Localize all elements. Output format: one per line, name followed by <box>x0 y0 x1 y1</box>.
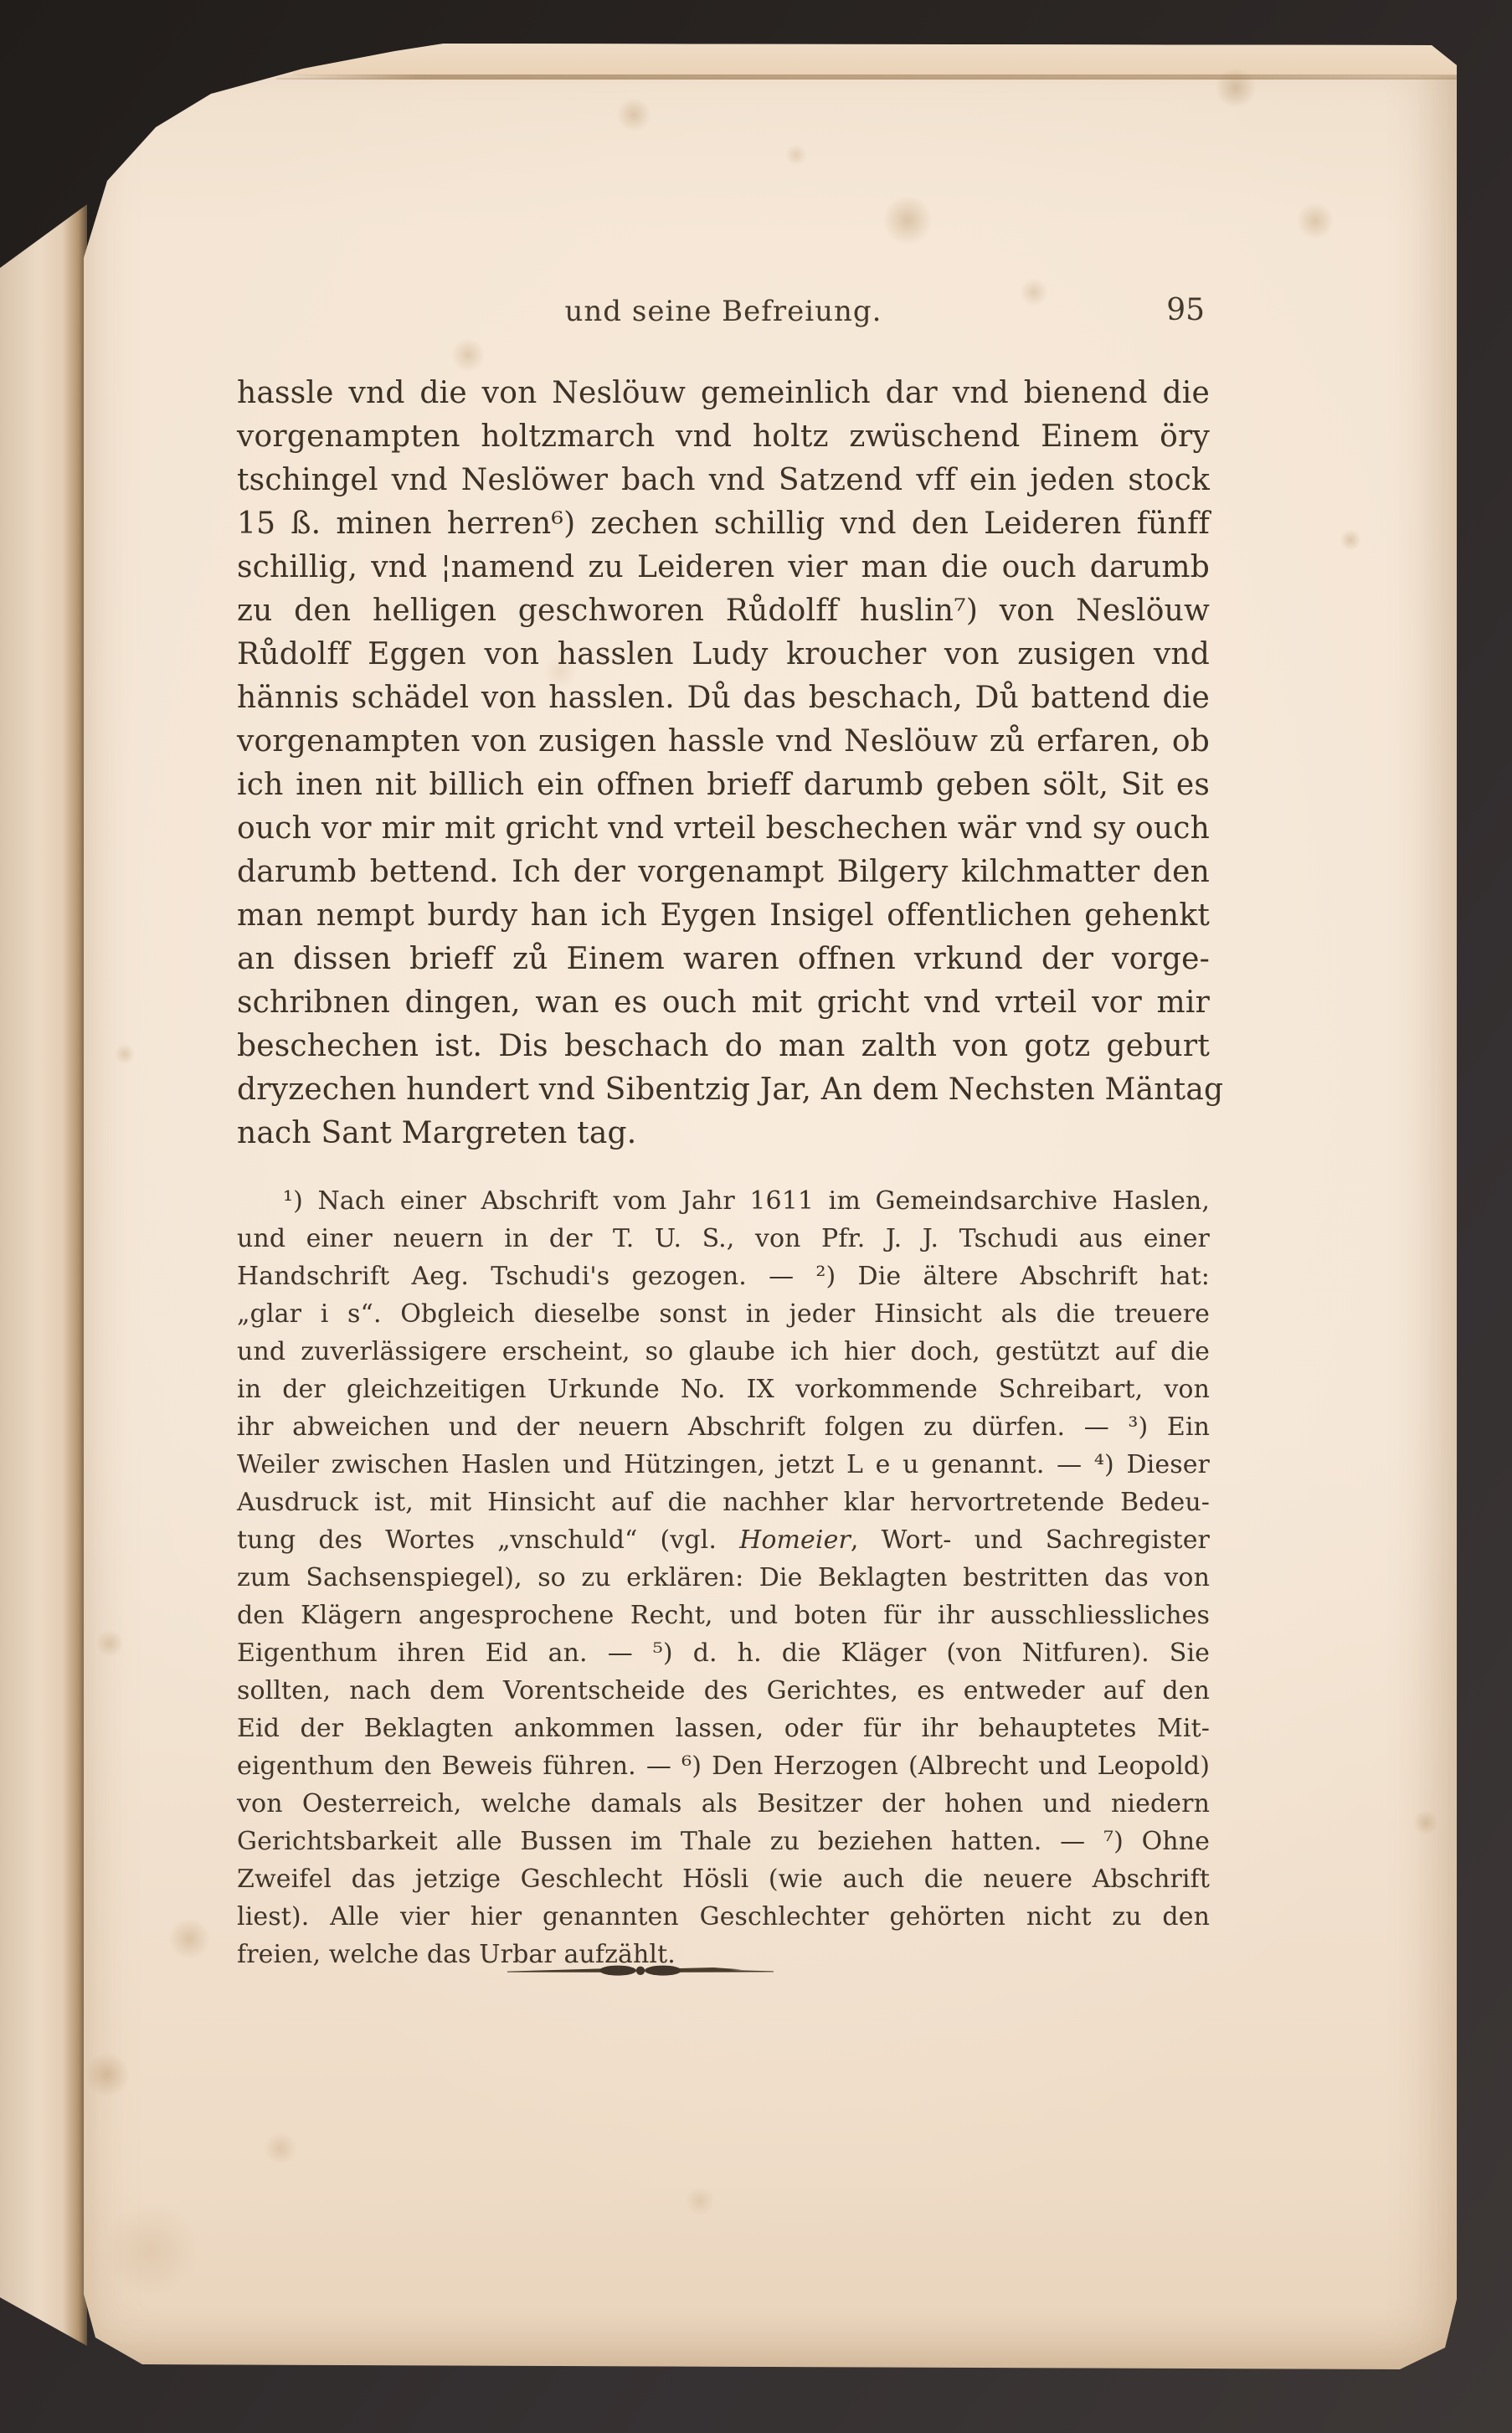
paper-stain <box>685 2187 715 2215</box>
footnote-line: in der gleichzeitigen Urkunde No. IX vor… <box>237 1371 1210 1408</box>
footnote-line: Eigenthum ihren Eid an. — ⁵) d. h. die K… <box>237 1634 1210 1672</box>
paper-stain <box>167 1919 211 1959</box>
body-line: 15 ß. minen herren⁶) zechen schillig vnd… <box>237 502 1210 546</box>
footnote-line: ¹) Nach einer Abschrift vom Jahr 1611 im… <box>237 1182 1210 1220</box>
body-line: nach Sant Margreten tag. <box>237 1112 1210 1155</box>
body-line: darumb bettend. Ich der vorgenampt Bilge… <box>237 851 1210 894</box>
underlying-leaf-edge <box>293 44 1457 75</box>
paper-stain <box>264 2132 297 2164</box>
body-line: dryzechen hundert vnd Sibentzig Jar, An … <box>237 1068 1210 1112</box>
footnote-text: , Wort- und Sachregister <box>851 1525 1210 1555</box>
footnote-line: und zuverlässigere erscheint, so glaube … <box>237 1333 1210 1371</box>
footnotes: ¹) Nach einer Abschrift vom Jahr 1611 im… <box>237 1182 1210 1973</box>
footnote-line: und einer neuern in der T. U. S., von Pf… <box>237 1220 1210 1258</box>
paper-stain <box>1413 1810 1438 1835</box>
body-line: zu den helligen geschworen Růdolff husli… <box>237 589 1210 633</box>
footnote-line: den Klägern angesprochene Recht, und bot… <box>237 1597 1210 1634</box>
footnote-line: Gerichtsbarkeit alle Bussen im Thale zu … <box>237 1823 1210 1860</box>
body-line: ouch vor mir mit gricht vnd vrteil besch… <box>237 807 1210 851</box>
body-line: tschingel vnd Neslöwer bach vnd Satzend … <box>237 459 1210 502</box>
footnote-line: Ausdruck ist, mit Hinsicht auf die nachh… <box>237 1484 1210 1521</box>
running-title: und seine Befreiung. <box>237 295 1210 328</box>
footnote-line: sollten, nach dem Vorentscheide des Geri… <box>237 1672 1210 1710</box>
paper-stain <box>785 144 807 166</box>
body-line: man nempt burdy han ich Eygen Insigel of… <box>237 894 1210 938</box>
top-page-crease <box>276 75 1457 80</box>
body-line: Růdolff Eggen von hasslen Ludy kroucher … <box>237 633 1210 676</box>
paper-stain <box>615 98 652 131</box>
footnote-cited-author: Homeier <box>739 1525 851 1555</box>
footnote-line: Zweifel das jetzige Geschlecht Hösli (wi… <box>237 1860 1210 1898</box>
paper-stain <box>84 2053 131 2096</box>
paper-stain <box>114 1044 136 1064</box>
footnote-line: Weiler zwischen Haslen und Hützingen, je… <box>237 1446 1210 1484</box>
footnote-line: Eid der Beklagten ankommen lassen, oder … <box>237 1710 1210 1747</box>
paper-stain <box>1296 203 1335 239</box>
body-line: ich inen nit billich ein offnen brieff d… <box>237 764 1210 807</box>
body-line: schillig, vnd ¦namend zu Leideren vier m… <box>237 546 1210 589</box>
photographed-book-spread: { "header": { "running_title": "und sein… <box>0 0 1512 2433</box>
paper-stain <box>1340 529 1361 551</box>
footnote-line: Handschrift Aeg. Tschudi's gezogen. — ²)… <box>237 1258 1210 1295</box>
footnote-text: tung des Wortes „vnschuld“ (vgl. <box>237 1525 739 1555</box>
footnote-line: liest). Alle vier hier genannten Geschle… <box>237 1898 1210 1936</box>
paper-stain <box>95 1630 124 1657</box>
footnote-line: ihr abweichen und der neuern Abschrift f… <box>237 1408 1210 1446</box>
body-line: hassle vnd die von Neslöuw gemeinlich da… <box>237 372 1210 415</box>
page-number: 95 <box>1166 293 1205 327</box>
paper-stain <box>100 2204 201 2296</box>
main-text: hassle vnd die von Neslöuw gemeinlich da… <box>237 372 1210 1155</box>
body-line: hännis schädel von hasslen. Dů das besch… <box>237 676 1210 720</box>
footnote-line: tung des Wortes „vnschuld“ (vgl. Homeier… <box>237 1521 1210 1559</box>
body-line: vorgenampten von zusigen hassle vnd Nesl… <box>237 720 1210 764</box>
footnote-line: eigenthum den Beweis führen. — ⁶) Den He… <box>237 1747 1210 1785</box>
page-header: und seine Befreiung. 95 <box>237 295 1210 337</box>
footnote-line: zum Sachsenspiegel), so zu erklären: Die… <box>237 1559 1210 1597</box>
footnote-line: von Oesterreich, welche damals als Besit… <box>237 1785 1210 1823</box>
book-page: und seine Befreiung. 95 hassle vnd die v… <box>84 44 1457 2371</box>
body-line: schribnen dingen, wan es ouch mit gricht… <box>237 981 1210 1025</box>
footnote-line: „glar i s“. Obgleich dieselbe sonst in j… <box>237 1295 1210 1333</box>
section-divider-ornament <box>502 1961 779 1983</box>
body-line: an dissen brieff zů Einem waren offnen v… <box>237 938 1210 981</box>
body-line: beschechen ist. Dis beschach do man zalt… <box>237 1025 1210 1068</box>
body-line: vorgenampten holtzmarch vnd holtz zwüsch… <box>237 415 1210 459</box>
paper-stain <box>452 337 484 373</box>
paper-stain <box>883 194 932 246</box>
previous-page-edge <box>0 199 87 2346</box>
